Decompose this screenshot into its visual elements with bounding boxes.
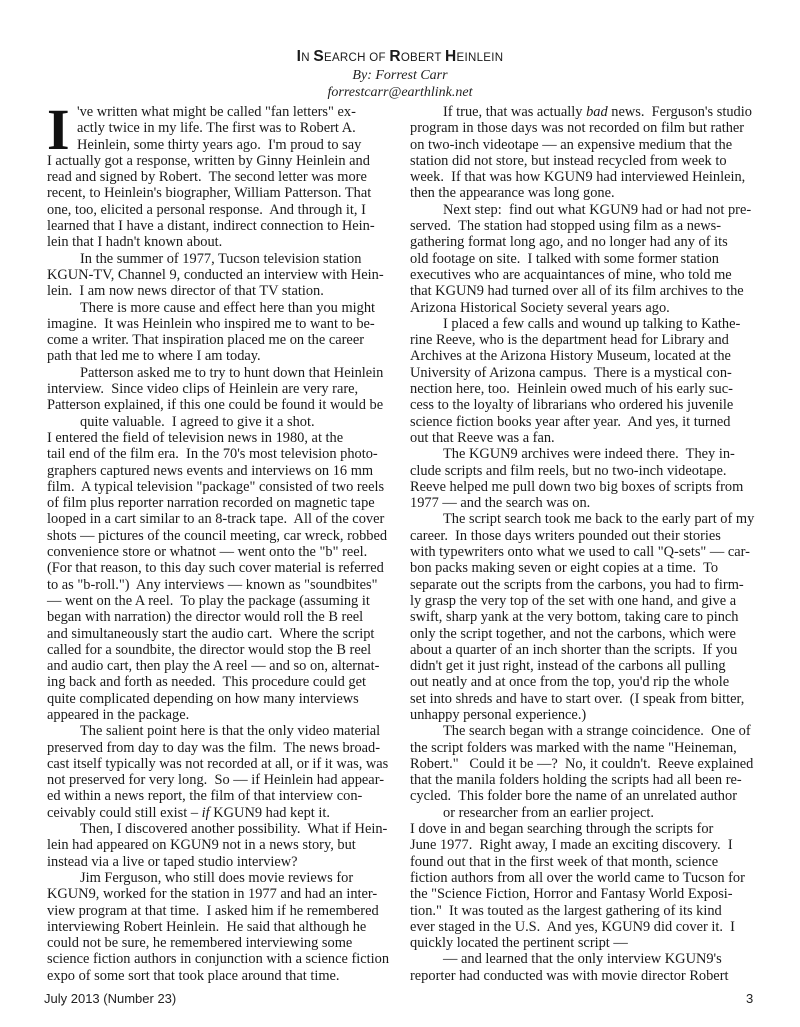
text-line: interviewing Robert Heinlein. He said th… xyxy=(47,919,392,935)
line-text: Heinlein, some thirty years ago. I'm pro… xyxy=(77,137,361,153)
text-line: actly twice in my life. The first was to… xyxy=(47,120,392,136)
text-line: not preserved for very long. So — if Hei… xyxy=(47,772,392,788)
text-line: swift, sharp yank at the very bottom, ta… xyxy=(410,609,755,625)
text-line: out that Reeve was a fan. xyxy=(410,430,755,446)
issue-footer: July 2013 (Number 23) xyxy=(44,991,176,1006)
text-line: reporter had conducted was with movie di… xyxy=(410,968,755,984)
text-line: KGUN-TV, Channel 9, conducted an intervi… xyxy=(47,267,392,283)
text-line: Reeve helped me pull down two big boxes … xyxy=(410,479,755,495)
text-line: — went on the A reel. To play the packag… xyxy=(47,593,392,609)
magazine-page: IN SEARCH OF ROBERT HEINLEIN By: Forrest… xyxy=(0,0,800,1027)
text-line: out neatly and at once from the top, you… xyxy=(410,674,755,690)
line-text: imagine. It was Heinlein who inspired me… xyxy=(47,316,375,332)
text-line: the script folders was marked with the n… xyxy=(410,740,755,756)
article-header: IN SEARCH OF ROBERT HEINLEIN By: Forrest… xyxy=(0,48,800,101)
emphasized-word: if xyxy=(202,805,210,821)
text-line: Patterson explained, if this one could b… xyxy=(47,397,392,413)
line-text: convenience store or whatnot — went onto… xyxy=(47,544,367,560)
emphasized-word: bad xyxy=(586,104,608,120)
text-line: 1977 — and the search was on. xyxy=(410,495,755,511)
line-text: view program at that time. I asked him i… xyxy=(47,903,379,919)
text-line: found out that in the first week of that… xyxy=(410,854,755,870)
text-line: — and learned that the only interview KG… xyxy=(410,951,755,967)
text-line: ly grasp the very top of the set with on… xyxy=(410,593,755,609)
line-text: Reeve helped me pull down two big boxes … xyxy=(410,479,743,495)
text-line: then the appearance was long gone. xyxy=(410,185,755,201)
line-text: ceivably could still exist – xyxy=(47,805,202,821)
text-line: The search began with a strange coincide… xyxy=(410,723,755,739)
line-text: called for a soundbite, the director wou… xyxy=(47,642,371,658)
line-text: Patterson asked me to try to hunt down t… xyxy=(80,365,383,381)
line-text: separate out the scripts from the carbon… xyxy=(410,577,744,593)
text-line: program in those days was not recorded o… xyxy=(410,120,755,136)
text-line: ing back and forth as needed. This proce… xyxy=(47,674,392,690)
text-line: with typewriters onto what we used to ca… xyxy=(410,544,755,560)
line-text: cycled. This folder bore the name of an … xyxy=(410,788,737,804)
line-text: quickly located the pertinent script — xyxy=(410,935,628,951)
text-line: about a quarter of an inch shorter than … xyxy=(410,642,755,658)
line-text: career. In those days writers pounded ou… xyxy=(410,528,721,544)
text-line: rine Reeve, who is the department head f… xyxy=(410,332,755,348)
text-line: science fiction authors in conjunction w… xyxy=(47,951,392,967)
line-text: science fiction books year after year. A… xyxy=(410,414,730,430)
text-line: The salient point here is that the only … xyxy=(47,723,392,739)
text-line: In the summer of 1977, Tucson television… xyxy=(47,251,392,267)
line-text: preserved from day to day was the film. … xyxy=(47,740,380,756)
line-text: fiction authors from all over the world … xyxy=(410,870,745,886)
text-line: I placed a few calls and wound up talkin… xyxy=(410,316,755,332)
text-line: I entered the field of television news i… xyxy=(47,430,392,446)
text-line: lein that I hadn't known about. xyxy=(47,234,392,250)
line-text: actly twice in my life. The first was to… xyxy=(77,120,356,136)
title-initial: H xyxy=(445,48,457,65)
line-text: bon packs making seven or eight copies a… xyxy=(410,560,718,576)
text-line: fiction authors from all over the world … xyxy=(410,870,755,886)
line-text: (For that reason, to this day such cover… xyxy=(47,560,384,576)
text-line: If true, that was actually bad news. Fer… xyxy=(410,104,755,120)
text-line: imagine. It was Heinlein who inspired me… xyxy=(47,316,392,332)
line-text: Next step: find out what KGUN9 had or ha… xyxy=(443,202,751,218)
text-line: set into shreds and have to start over. … xyxy=(410,691,755,707)
text-line: Patterson asked me to try to hunt down t… xyxy=(47,365,392,381)
text-line: KGUN9, worked for the station in 1977 an… xyxy=(47,886,392,902)
line-text: graphers captured news events and interv… xyxy=(47,463,373,479)
text-line: nection here, too. Heinlein owed much of… xyxy=(410,381,755,397)
line-text: shots — pictures of the council meeting,… xyxy=(47,528,387,544)
line-text: or researcher from an earlier project. xyxy=(443,805,654,821)
text-line: looped in a cart similar to an 8-track t… xyxy=(47,511,392,527)
line-text: that the manila folders holding the scri… xyxy=(410,772,742,788)
right-column: If true, that was actually bad news. Fer… xyxy=(410,104,755,984)
line-text: then the appearance was long gone. xyxy=(410,185,615,201)
text-line: convenience store or whatnot — went onto… xyxy=(47,544,392,560)
text-line: ever staged in the U.S. And yes, KGUN9 d… xyxy=(410,919,755,935)
text-line: The script search took me back to the ea… xyxy=(410,511,755,527)
line-text: tion." It was touted as the largest gath… xyxy=(410,903,722,919)
line-text: old footage on site. I talked with some … xyxy=(410,251,719,267)
text-line: served. The station had stopped using fi… xyxy=(410,218,755,234)
line-text: tail end of the film era. In the 70's mo… xyxy=(47,446,378,462)
line-text: about a quarter of an inch shorter than … xyxy=(410,642,737,658)
text-line: and simultaneously start the audio cart.… xyxy=(47,626,392,642)
line-text: reporter had conducted was with movie di… xyxy=(410,968,728,984)
text-line: on two-inch videotape — an expensive med… xyxy=(410,137,755,153)
text-line: Jim Ferguson, who still does movie revie… xyxy=(47,870,392,886)
text-line: Next step: find out what KGUN9 had or ha… xyxy=(410,202,755,218)
line-text-continued: KGUN9 had kept it. xyxy=(210,805,330,821)
title-initial: R xyxy=(389,48,401,65)
article-title: IN SEARCH OF ROBERT HEINLEIN xyxy=(0,48,800,67)
page-number: 3 xyxy=(746,991,753,1006)
text-line: 've written what might be called "fan le… xyxy=(47,104,392,120)
text-line: week. If that was how KGUN9 had intervie… xyxy=(410,169,755,185)
line-text: — went on the A reel. To play the packag… xyxy=(47,593,370,609)
text-line: executives who are acquaintances of mine… xyxy=(410,267,755,283)
text-line: Heinlein, some thirty years ago. I'm pro… xyxy=(47,137,392,153)
text-line: called for a soundbite, the director wou… xyxy=(47,642,392,658)
line-text: I entered the field of television news i… xyxy=(47,430,343,446)
text-line: old footage on site. I talked with some … xyxy=(410,251,755,267)
line-text: rine Reeve, who is the department head f… xyxy=(410,332,729,348)
line-text: KGUN-TV, Channel 9, conducted an intervi… xyxy=(47,267,384,283)
text-line: one, too, elicited a personal response. … xyxy=(47,202,392,218)
line-text: film. A typical television "package" con… xyxy=(47,479,384,495)
line-text: Arizona Historical Society several years… xyxy=(410,300,670,316)
text-line: that KGUN9 had turned over all of its fi… xyxy=(410,283,755,299)
line-text: recent, to Heinlein's biographer, Willia… xyxy=(47,185,371,201)
title-initial: S xyxy=(313,48,324,65)
drop-cap: I xyxy=(47,107,70,153)
text-line: June 1977. Right away, I made an excitin… xyxy=(410,837,755,853)
line-text: ing back and forth as needed. This proce… xyxy=(47,674,366,690)
text-line: film. A typical television "package" con… xyxy=(47,479,392,495)
line-text: — and learned that the only interview KG… xyxy=(443,951,722,967)
line-text: nection here, too. Heinlein owed much of… xyxy=(410,381,733,397)
title-smallcaps: EARCH OF xyxy=(324,52,389,64)
text-line: tion." It was touted as the largest gath… xyxy=(410,903,755,919)
text-line: of film plus reporter narration recorded… xyxy=(47,495,392,511)
text-line: quite valuable. I agreed to give it a sh… xyxy=(47,414,392,430)
text-line: unhappy personal experience.) xyxy=(410,707,755,723)
text-line: to as "b-roll.") Any interviews — known … xyxy=(47,577,392,593)
text-line: Arizona Historical Society several years… xyxy=(410,300,755,316)
line-text: of film plus reporter narration recorded… xyxy=(47,495,375,511)
line-text: 1977 — and the search was on. xyxy=(410,495,590,511)
text-line: preserved from day to day was the film. … xyxy=(47,740,392,756)
line-text: station did not store, but instead recyc… xyxy=(410,153,727,169)
line-text: clude scripts and film reels, but no two… xyxy=(410,463,727,479)
text-line: graphers captured news events and interv… xyxy=(47,463,392,479)
line-text: the "Science Fiction, Horror and Fantasy… xyxy=(410,886,733,902)
line-text: program in those days was not recorded o… xyxy=(410,120,744,136)
line-text: If true, that was actually xyxy=(443,104,586,120)
line-text: Robert." Could it be —? No, it couldn't.… xyxy=(410,756,753,772)
text-line: clude scripts and film reels, but no two… xyxy=(410,463,755,479)
line-text: I placed a few calls and wound up talkin… xyxy=(443,316,740,332)
line-text: that KGUN9 had turned over all of its fi… xyxy=(410,283,744,299)
line-text: appeared in the package. xyxy=(47,707,189,723)
text-line: ceivably could still exist – if KGUN9 ha… xyxy=(47,805,392,821)
text-line: shots — pictures of the council meeting,… xyxy=(47,528,392,544)
text-line: that the manila folders holding the scri… xyxy=(410,772,755,788)
text-line: career. In those days writers pounded ou… xyxy=(410,528,755,544)
line-text: ever staged in the U.S. And yes, KGUN9 d… xyxy=(410,919,735,935)
line-text: served. The station had stopped using fi… xyxy=(410,218,721,234)
line-text: and audio cart, then play the A reel — a… xyxy=(47,658,379,674)
line-text: to as "b-roll.") Any interviews — known … xyxy=(47,577,377,593)
text-line: tail end of the film era. In the 70's mo… xyxy=(47,446,392,462)
line-text: learned that I have a distant, indirect … xyxy=(47,218,375,234)
line-text: could not be sure, he remembered intervi… xyxy=(47,935,352,951)
line-text: lein that I hadn't known about. xyxy=(47,234,222,250)
line-text: not preserved for very long. So — if Hei… xyxy=(47,772,384,788)
text-line: instead via a live or taped studio inter… xyxy=(47,854,392,870)
line-text: The salient point here is that the only … xyxy=(80,723,380,739)
line-text: swift, sharp yank at the very bottom, ta… xyxy=(410,609,739,625)
text-line: gathering format long ago, and no longer… xyxy=(410,234,755,250)
line-text: science fiction authors in conjunction w… xyxy=(47,951,389,967)
title-smallcaps: OBERT xyxy=(401,52,445,64)
line-text: In the summer of 1977, Tucson television… xyxy=(80,251,361,267)
line-text: I actually got a response, written by Gi… xyxy=(47,153,370,169)
line-text: University of Arizona campus. There is a… xyxy=(410,365,732,381)
text-line: and audio cart, then play the A reel — a… xyxy=(47,658,392,674)
line-text: looped in a cart similar to an 8-track t… xyxy=(47,511,384,527)
line-text: lein. I am now news director of that TV … xyxy=(47,283,324,299)
line-text: ed within a news report, the film of tha… xyxy=(47,788,362,804)
line-text: cast itself typically was not recorded a… xyxy=(47,756,388,772)
left-column: I 've written what might be called "fan … xyxy=(47,104,392,984)
line-text: executives who are acquaintances of mine… xyxy=(410,267,732,283)
line-text: Archives at the Arizona History Museum, … xyxy=(410,348,731,364)
text-line: could not be sure, he remembered intervi… xyxy=(47,935,392,951)
title-smallcaps: N xyxy=(301,52,313,64)
text-line: only the script together, and not the ca… xyxy=(410,626,755,642)
text-line: began with narration) the director would… xyxy=(47,609,392,625)
text-line: lein had appeared on KGUN9 not in a news… xyxy=(47,837,392,853)
text-line: or researcher from an earlier project. xyxy=(410,805,755,821)
text-line: I dove in and began searching through th… xyxy=(410,821,755,837)
line-text: one, too, elicited a personal response. … xyxy=(47,202,366,218)
line-text: cess to the loyalty of librarians who or… xyxy=(410,397,733,413)
line-text: set into shreds and have to start over. … xyxy=(410,691,744,707)
text-line: quite complicated depending on how many … xyxy=(47,691,392,707)
line-text: only the script together, and not the ca… xyxy=(410,626,736,642)
line-text: ly grasp the very top of the set with on… xyxy=(410,593,736,609)
text-line: Robert." Could it be —? No, it couldn't.… xyxy=(410,756,755,772)
text-line: Archives at the Arizona History Museum, … xyxy=(410,348,755,364)
line-text: with typewriters onto what we used to ca… xyxy=(410,544,750,560)
line-text: come a writer. That inspiration placed m… xyxy=(47,332,364,348)
text-line: Then, I discovered another possibility. … xyxy=(47,821,392,837)
text-line: view program at that time. I asked him i… xyxy=(47,903,392,919)
text-line: path that led me to where I am today. xyxy=(47,348,392,364)
text-line: come a writer. That inspiration placed m… xyxy=(47,332,392,348)
text-line: separate out the scripts from the carbon… xyxy=(410,577,755,593)
line-text: path that led me to where I am today. xyxy=(47,348,261,364)
line-text: June 1977. Right away, I made an excitin… xyxy=(410,837,733,853)
line-text: the script folders was marked with the n… xyxy=(410,740,737,756)
text-line: interview. Since video clips of Heinlein… xyxy=(47,381,392,397)
line-text: quite valuable. I agreed to give it a sh… xyxy=(80,414,315,430)
text-line: The KGUN9 archives were indeed there. Th… xyxy=(410,446,755,462)
text-line: didn't get it just right, instead of the… xyxy=(410,658,755,674)
line-text: interviewing Robert Heinlein. He said th… xyxy=(47,919,366,935)
line-text: Patterson explained, if this one could b… xyxy=(47,397,383,413)
text-line: learned that I have a distant, indirect … xyxy=(47,218,392,234)
line-text: KGUN9, worked for the station in 1977 an… xyxy=(47,886,377,902)
author-byline: By: Forrest Carr xyxy=(0,67,800,84)
text-line: expo of some sort that took place around… xyxy=(47,968,392,984)
line-text: found out that in the first week of that… xyxy=(410,854,718,870)
text-line: I actually got a response, written by Gi… xyxy=(47,153,392,169)
text-line: appeared in the package. xyxy=(47,707,392,723)
text-line: the "Science Fiction, Horror and Fantasy… xyxy=(410,886,755,902)
text-line: science fiction books year after year. A… xyxy=(410,414,755,430)
line-text: Jim Ferguson, who still does movie revie… xyxy=(80,870,353,886)
line-text: quite complicated depending on how many … xyxy=(47,691,359,707)
line-text: out neatly and at once from the top, you… xyxy=(410,674,729,690)
text-line: (For that reason, to this day such cover… xyxy=(47,560,392,576)
line-text-continued: news. Ferguson's studio xyxy=(608,104,752,120)
line-text: week. If that was how KGUN9 had intervie… xyxy=(410,169,745,185)
line-text: unhappy personal experience.) xyxy=(410,707,586,723)
line-text: and simultaneously start the audio cart.… xyxy=(47,626,374,642)
line-text: on two-inch videotape — an expensive med… xyxy=(410,137,732,153)
line-text: instead via a live or taped studio inter… xyxy=(47,854,298,870)
line-text: lein had appeared on KGUN9 not in a news… xyxy=(47,837,356,853)
author-email: forrestcarr@earthlink.net xyxy=(0,84,800,101)
text-line: bon packs making seven or eight copies a… xyxy=(410,560,755,576)
line-text: interview. Since video clips of Heinlein… xyxy=(47,381,358,397)
line-text: I dove in and began searching through th… xyxy=(410,821,713,837)
text-line: station did not store, but instead recyc… xyxy=(410,153,755,169)
line-text: gathering format long ago, and no longer… xyxy=(410,234,728,250)
line-text: The search began with a strange coincide… xyxy=(443,723,751,739)
line-text: Then, I discovered another possibility. … xyxy=(80,821,387,837)
line-text: began with narration) the director would… xyxy=(47,609,363,625)
text-line: There is more cause and effect here than… xyxy=(47,300,392,316)
text-line: cess to the loyalty of librarians who or… xyxy=(410,397,755,413)
text-line: ed within a news report, the film of tha… xyxy=(47,788,392,804)
title-smallcaps: EINLEIN xyxy=(457,52,504,64)
text-line: read and signed by Robert. The second le… xyxy=(47,169,392,185)
text-line: lein. I am now news director of that TV … xyxy=(47,283,392,299)
text-line: cast itself typically was not recorded a… xyxy=(47,756,392,772)
line-text: 've written what might be called "fan le… xyxy=(77,104,356,120)
text-line: recent, to Heinlein's biographer, Willia… xyxy=(47,185,392,201)
line-text: The script search took me back to the ea… xyxy=(443,511,754,527)
line-text: didn't get it just right, instead of the… xyxy=(410,658,726,674)
line-text: read and signed by Robert. The second le… xyxy=(47,169,367,185)
line-text: expo of some sort that took place around… xyxy=(47,968,340,984)
text-line: quickly located the pertinent script — xyxy=(410,935,755,951)
line-text: There is more cause and effect here than… xyxy=(80,300,375,316)
line-text: out that Reeve was a fan. xyxy=(410,430,555,446)
text-line: University of Arizona campus. There is a… xyxy=(410,365,755,381)
line-text: The KGUN9 archives were indeed there. Th… xyxy=(443,446,735,462)
text-line: cycled. This folder bore the name of an … xyxy=(410,788,755,804)
